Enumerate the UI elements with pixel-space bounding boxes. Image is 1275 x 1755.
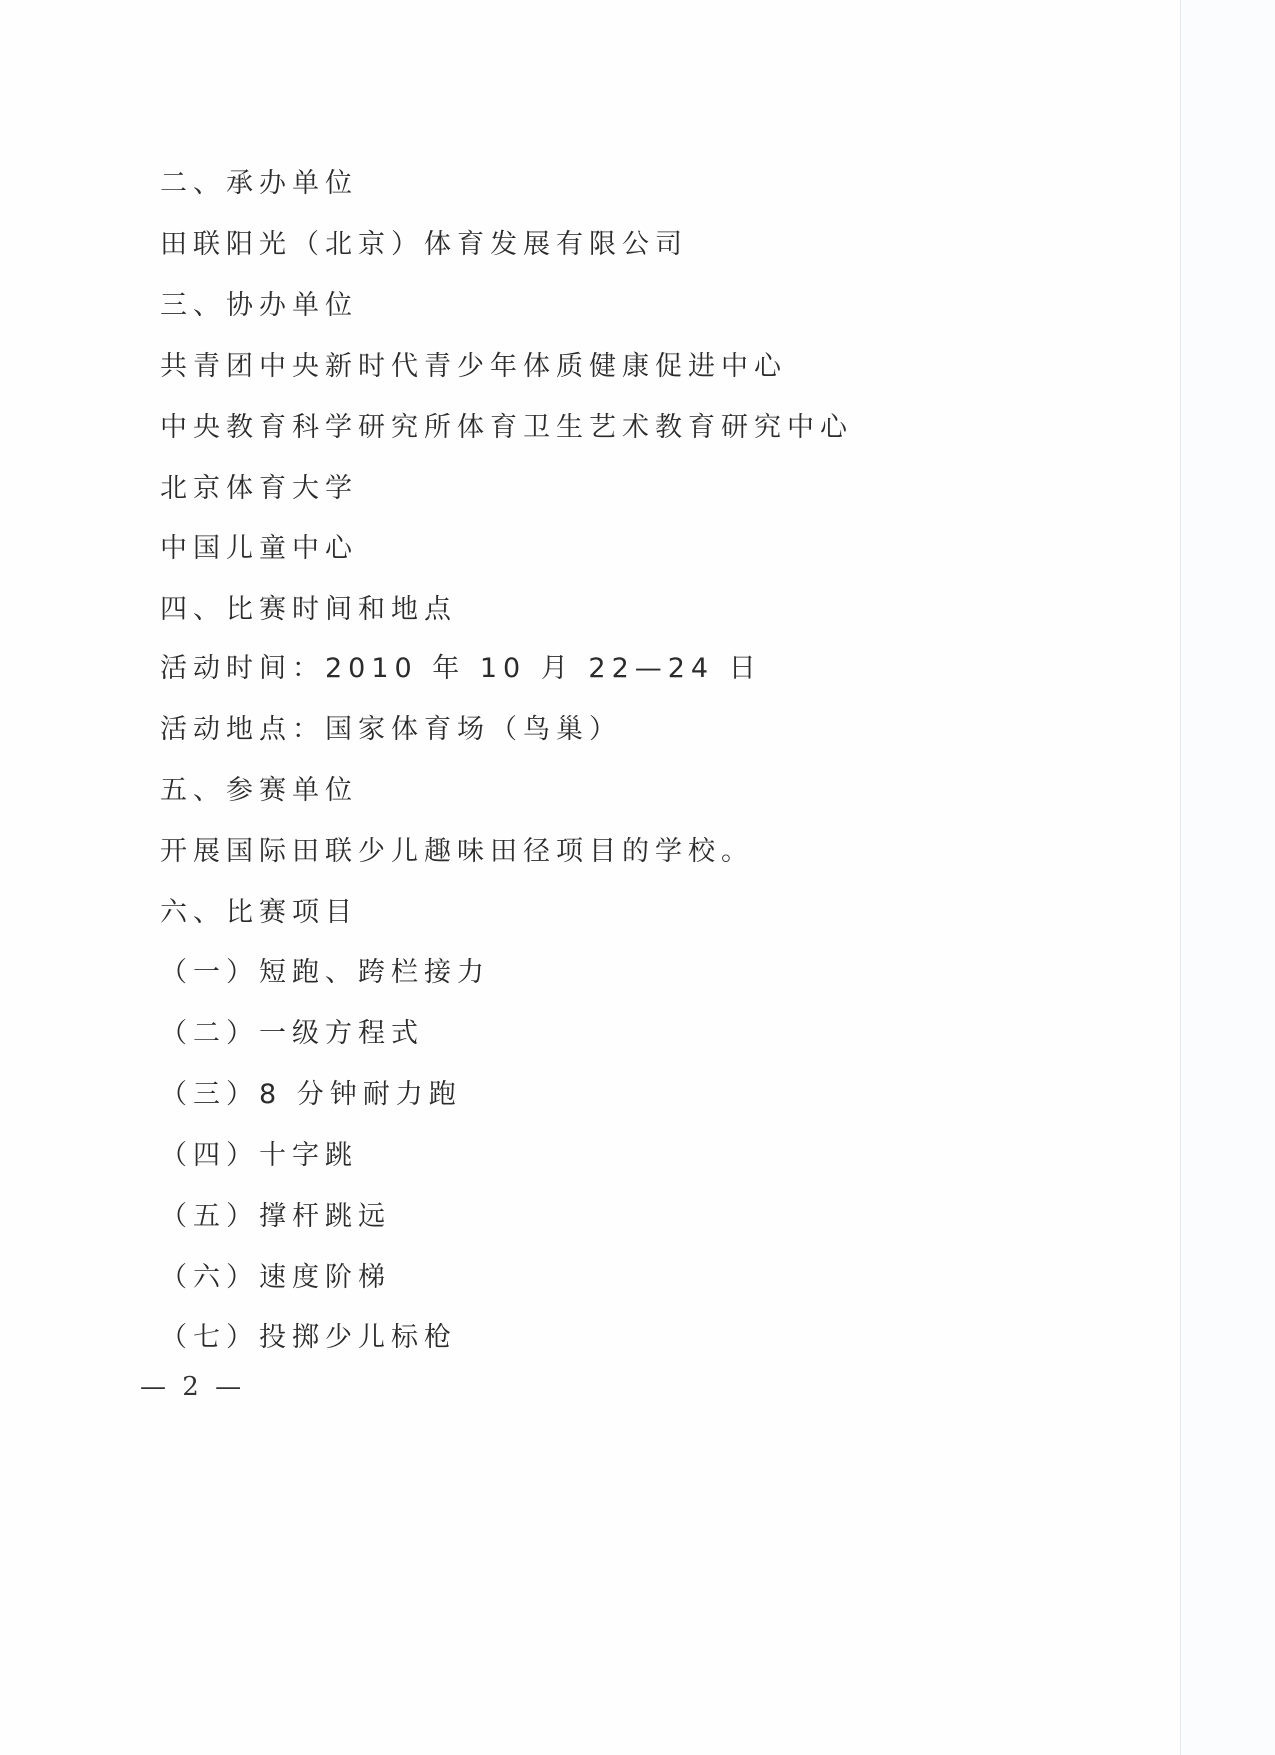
event-item: （七）投掷少儿标枪 [160, 1322, 457, 1354]
section-heading-co-organizers: 三、协办单位 [160, 290, 358, 322]
scan-fold-line [1180, 0, 1181, 1755]
event-item: （一）短跑、跨栏接力 [160, 957, 490, 989]
participants-description: 开展国际田联少儿趣味田径项目的学校。 [160, 836, 754, 868]
event-item: （六）速度阶梯 [160, 1262, 391, 1294]
co-organizer-item: 中国儿童中心 [160, 533, 358, 565]
co-organizer-item: 中央教育科学研究所体育卫生艺术教育研究中心 [160, 412, 853, 444]
event-item: （五）撑杆跳远 [160, 1201, 391, 1233]
organizer-name: 田联阳光（北京）体育发展有限公司 [160, 229, 688, 261]
document-page: 二、承办单位 田联阳光（北京）体育发展有限公司 三、协办单位 共青团中央新时代青… [0, 0, 1275, 1755]
page-number: — 2 — [140, 1371, 245, 1403]
section-heading-organizer: 二、承办单位 [160, 168, 358, 200]
page-edge-strip [1181, 0, 1275, 1755]
section-heading-participants: 五、参赛单位 [160, 775, 358, 807]
co-organizer-item: 共青团中央新时代青少年体质健康促进中心 [160, 351, 787, 383]
event-item: （二）一级方程式 [160, 1018, 424, 1050]
event-location: 活动地点：国家体育场（鸟巢） [160, 714, 622, 746]
section-heading-events: 六、比赛项目 [160, 897, 358, 929]
event-time: 活动时间：2010 年 10 月 22—24 日 [160, 653, 762, 685]
section-heading-time-location: 四、比赛时间和地点 [160, 594, 457, 626]
event-item: （四）十字跳 [160, 1140, 358, 1172]
event-item: （三）8 分钟耐力跑 [160, 1079, 462, 1111]
co-organizer-item: 北京体育大学 [160, 473, 358, 505]
